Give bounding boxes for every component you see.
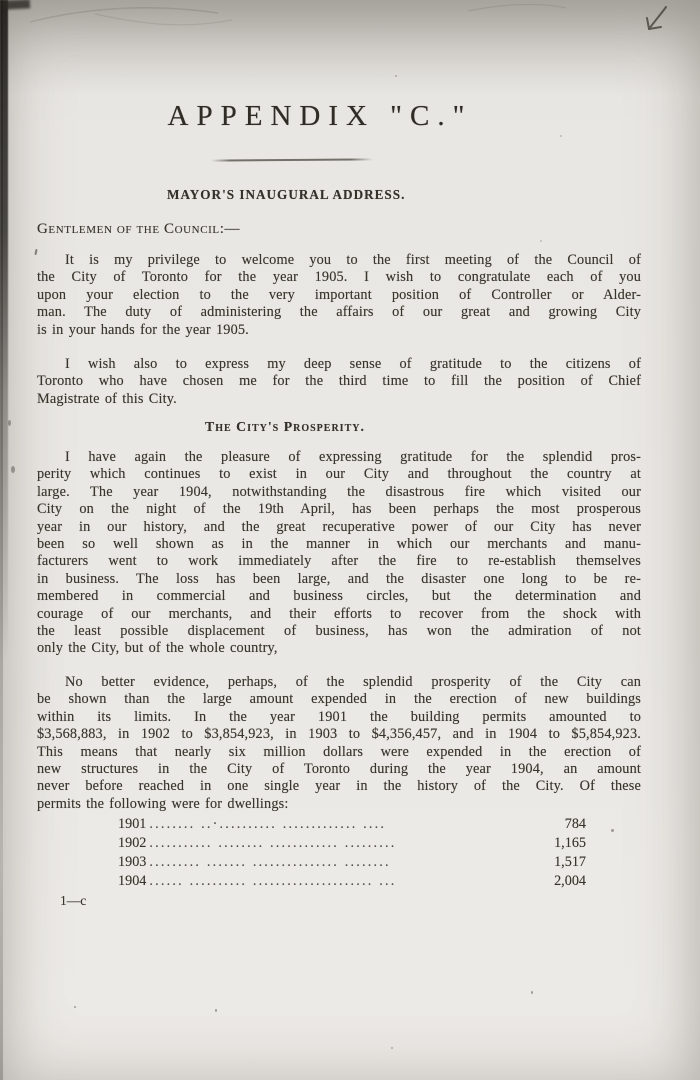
permit-count: 1,517 bbox=[554, 854, 586, 871]
text-line: City on the night of the 19th April, has… bbox=[37, 501, 641, 518]
text-line: perity which continues to exist in our C… bbox=[37, 466, 641, 483]
leader-dots: ........ ..·.......... ............. ...… bbox=[149, 816, 561, 833]
ink-speck bbox=[8, 420, 11, 426]
leader-dots: ...... .......... ..................... … bbox=[149, 873, 551, 890]
year-label: 1903 bbox=[118, 854, 146, 871]
text-line: membered in commercial and business circ… bbox=[37, 588, 641, 605]
paragraph-gratitude: I wish also to express my deep sense of … bbox=[37, 356, 641, 408]
scan-left-edge-shadow bbox=[0, 0, 8, 660]
text-line: only the City, but of the whole country, bbox=[37, 640, 641, 657]
permit-count: 2,004 bbox=[554, 873, 586, 890]
text-line: new structures in the City of Toronto du… bbox=[37, 761, 641, 778]
section-heading-prosperity: The City's Prosperity. bbox=[205, 419, 365, 435]
ink-speck bbox=[74, 1006, 76, 1008]
text-line: the City of Toronto for the year 1905. I… bbox=[37, 269, 641, 286]
table-row: 1904 ...... .......... .................… bbox=[118, 873, 586, 892]
table-row: 1901 ........ ..·.......... ............… bbox=[118, 816, 586, 835]
year-label: 1901 bbox=[118, 816, 146, 833]
paragraph-prosperity: I have again the pleasure of expressing … bbox=[37, 449, 641, 658]
text-line: be shown than the large amount expended … bbox=[37, 691, 641, 708]
year-label: 1904 bbox=[118, 873, 146, 890]
salutation-line: Gentlemen of the Council:— bbox=[37, 221, 240, 238]
text-line: Toronto who have chosen me for the third… bbox=[37, 373, 641, 390]
page-signature-mark: 1—c bbox=[60, 893, 86, 909]
leader-dots: ......... ....... ............... ......… bbox=[149, 854, 551, 871]
text-line: in business. The loss has been large, an… bbox=[37, 571, 641, 588]
text-line: This means that nearly six million dolla… bbox=[37, 744, 641, 761]
ink-speck bbox=[540, 240, 542, 242]
year-label: 1902 bbox=[118, 835, 146, 852]
text-line: No better evidence, perhaps, of the sple… bbox=[37, 674, 641, 691]
title-divider-rule bbox=[211, 158, 373, 161]
pen-arrow-icon bbox=[626, 2, 676, 40]
ink-speck bbox=[215, 1009, 217, 1012]
leader-dots: ........... ........ ............ ......… bbox=[149, 835, 551, 852]
page-title: APPENDIX "C." bbox=[0, 100, 670, 133]
permit-count: 784 bbox=[565, 816, 586, 833]
permit-count: 1,165 bbox=[554, 835, 586, 852]
dwellings-permit-table: 1901 ........ ..·.......... ............… bbox=[118, 816, 586, 892]
ink-speck bbox=[11, 466, 15, 473]
ink-speck bbox=[531, 991, 533, 994]
text-line: never before reached in one single year … bbox=[37, 778, 641, 795]
ink-speck bbox=[611, 829, 614, 832]
text-line: I have again the pleasure of expressing … bbox=[37, 449, 641, 466]
text-line: It is my privilege to welcome you to the… bbox=[37, 252, 641, 269]
paragraph-welcome: It is my privilege to welcome you to the… bbox=[37, 252, 641, 339]
text-line: permits the following were for dwellings… bbox=[37, 796, 641, 813]
text-line: man. The duty of administering the affai… bbox=[37, 304, 641, 321]
ink-speck bbox=[395, 75, 397, 77]
pencil-scuff-marks bbox=[0, 0, 700, 60]
scan-corner-smudge bbox=[4, 0, 30, 10]
text-line: been so well shown as in the manner in w… bbox=[37, 536, 641, 553]
table-row: 1902 ........... ........ ............ .… bbox=[118, 835, 586, 854]
text-line: the least possible displacement of busin… bbox=[37, 623, 641, 640]
ink-speck bbox=[560, 135, 562, 137]
text-line: facturers went to work immediately after… bbox=[37, 553, 641, 570]
document-subtitle: MAYOR'S INAUGURAL ADDRESS. bbox=[167, 187, 405, 203]
scanned-document-page: APPENDIX "C." MAYOR'S INAUGURAL ADDRESS.… bbox=[0, 0, 700, 1080]
text-line: Magistrate of this City. bbox=[37, 391, 641, 408]
text-line: year in our history, and the great recup… bbox=[37, 519, 641, 536]
text-line: upon your election to the very important… bbox=[37, 287, 641, 304]
text-line: within its limits. In the year 1901 the … bbox=[37, 709, 641, 726]
text-line: $3,568,883, in 1902 to $3,854,923, in 19… bbox=[37, 726, 641, 743]
ink-speck bbox=[391, 1047, 393, 1049]
scan-top-shading bbox=[0, 0, 700, 95]
text-line: courage of our merchants, and their effo… bbox=[37, 606, 641, 623]
text-line: large. The year 1904, notwithstanding th… bbox=[37, 484, 641, 501]
table-row: 1903 ......... ....... ............... .… bbox=[118, 854, 586, 873]
text-line: I wish also to express my deep sense of … bbox=[37, 356, 641, 373]
paragraph-building-permits: No better evidence, perhaps, of the sple… bbox=[37, 674, 641, 813]
text-line: is in your hands for the year 1905. bbox=[37, 322, 641, 339]
